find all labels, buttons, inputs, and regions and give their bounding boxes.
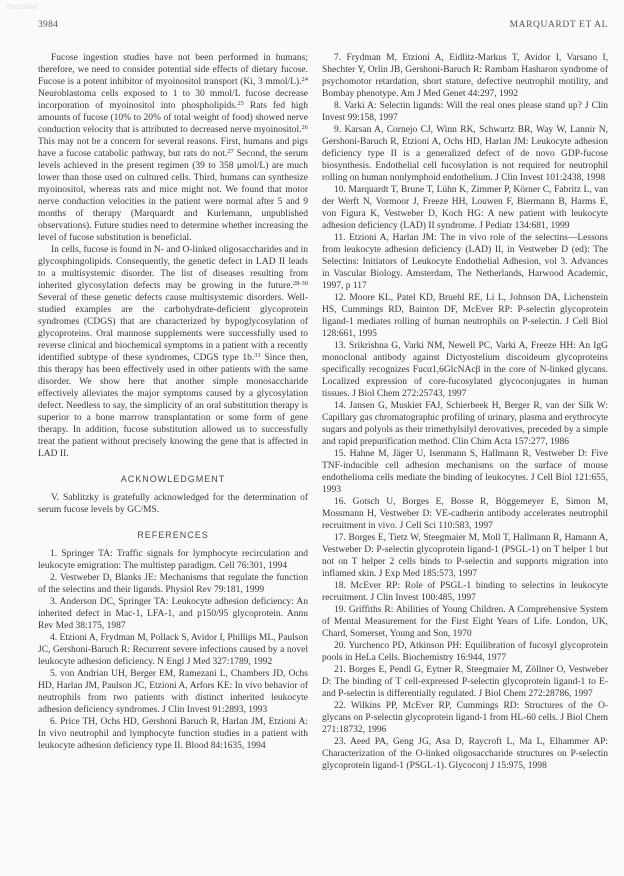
journal-page: 00055966 3984 MARQUARDT ET AL Fucose ing…	[0, 0, 624, 876]
reference-item: 8. Varki A: Selectin ligands: Will the r…	[322, 100, 608, 124]
references-list-left: 1. Springer TA: Traffic signals for lymp…	[38, 548, 308, 752]
reference-item: 11. Etzioni A, Harlan JM: The in vivo ro…	[322, 232, 608, 292]
reference-item: 19. Griffiths R: Abilities of Young Chil…	[322, 604, 608, 640]
reference-item: 14. Jansen G, Muskiet FAJ, Schierbeek H,…	[322, 400, 608, 448]
paragraph-text: Fucose ingestion studies have not been p…	[38, 53, 308, 87]
reference-item: 18. McEver RP: Role of PSGL-1 binding to…	[322, 580, 608, 604]
paragraph-text: In cells, fucose is found in N- and O-li…	[38, 245, 308, 291]
paragraph-text: Since then, this therapy has been effect…	[38, 353, 308, 459]
reference-item: 1. Springer TA: Traffic signals for lymp…	[38, 548, 308, 572]
page-number: 3984	[38, 20, 58, 30]
running-title: MARQUARDT ET AL	[510, 20, 608, 30]
reference-item: 5. von Andrian UH, Berger EM, Ramezani L…	[38, 668, 308, 716]
reference-item: 20. Yurchenco PD, Atkinson PH: Equilibra…	[322, 640, 608, 664]
acknowledgment-text: V. Sablitzky is gratefully acknowledged …	[38, 492, 308, 516]
reference-item: 7. Frydman M, Etzioni A, Eidlitz-Markus …	[322, 52, 608, 100]
page-header: 3984 MARQUARDT ET AL	[38, 20, 608, 30]
left-column: Fucose ingestion studies have not been p…	[38, 52, 308, 772]
body-paragraph-cells-fucose: In cells, fucose is found in N- and O-li…	[38, 244, 308, 460]
reference-item: 13. Srikrishna G, Varki NM, Newell PC, V…	[322, 340, 608, 400]
reference-item: 2. Vestweber D, Blanks JE: Mechanisms th…	[38, 572, 308, 596]
reference-item: 16. Gotsch U, Borges E, Bosse R, Böggeme…	[322, 496, 608, 532]
citation-superscript: 24	[302, 76, 309, 83]
reference-item: 17. Borges E, Tietz W, Steegmaier M, Mol…	[322, 532, 608, 580]
reference-item: 15. Hahne M, Jäger U, Isenmann S, Hallma…	[322, 448, 608, 496]
acknowledgment-heading: ACKNOWLEDGMENT	[38, 474, 308, 484]
citation-superscript: 28-30	[293, 280, 308, 287]
two-column-content: Fucose ingestion studies have not been p…	[38, 52, 608, 772]
reference-item: 22. Wilkins PP, McEver RP, Cummings RD: …	[322, 700, 608, 736]
reference-item: 23. Aeed PA, Geng JG, Asa D, Raycroft L,…	[322, 736, 608, 772]
references-list-right: 7. Frydman M, Etzioni A, Eidlitz-Markus …	[322, 52, 608, 772]
reference-item: 9. Karsan A, Cornejo CJ, Winn RK, Schwar…	[322, 124, 608, 184]
reference-item: 12. Moore KL, Patel KD, Bruehl RE, Li L,…	[322, 292, 608, 340]
body-paragraph-fucose-ingestion: Fucose ingestion studies have not been p…	[38, 52, 308, 244]
citation-superscript: 26	[302, 124, 309, 131]
reference-item: 3. Anderson DC, Springer TA: Leukocyte a…	[38, 596, 308, 632]
scan-watermark: 00055966	[7, 5, 38, 11]
reference-item: 4. Etzioni A, Frydman M, Pollack S, Avid…	[38, 632, 308, 668]
reference-item: 10. Marquardt T, Brune T, Lühn K, Zimmer…	[322, 184, 608, 232]
references-heading: REFERENCES	[38, 530, 308, 540]
reference-item: 6. Price TH, Ochs HD, Gershoni Baruch R,…	[38, 716, 308, 752]
paragraph-text: Second, the serum levels achieved in the…	[38, 149, 308, 243]
right-column: 7. Frydman M, Etzioni A, Eidlitz-Markus …	[322, 52, 608, 772]
reference-item: 21. Borges E, Pendl G, Eytner R, Steegma…	[322, 664, 608, 700]
